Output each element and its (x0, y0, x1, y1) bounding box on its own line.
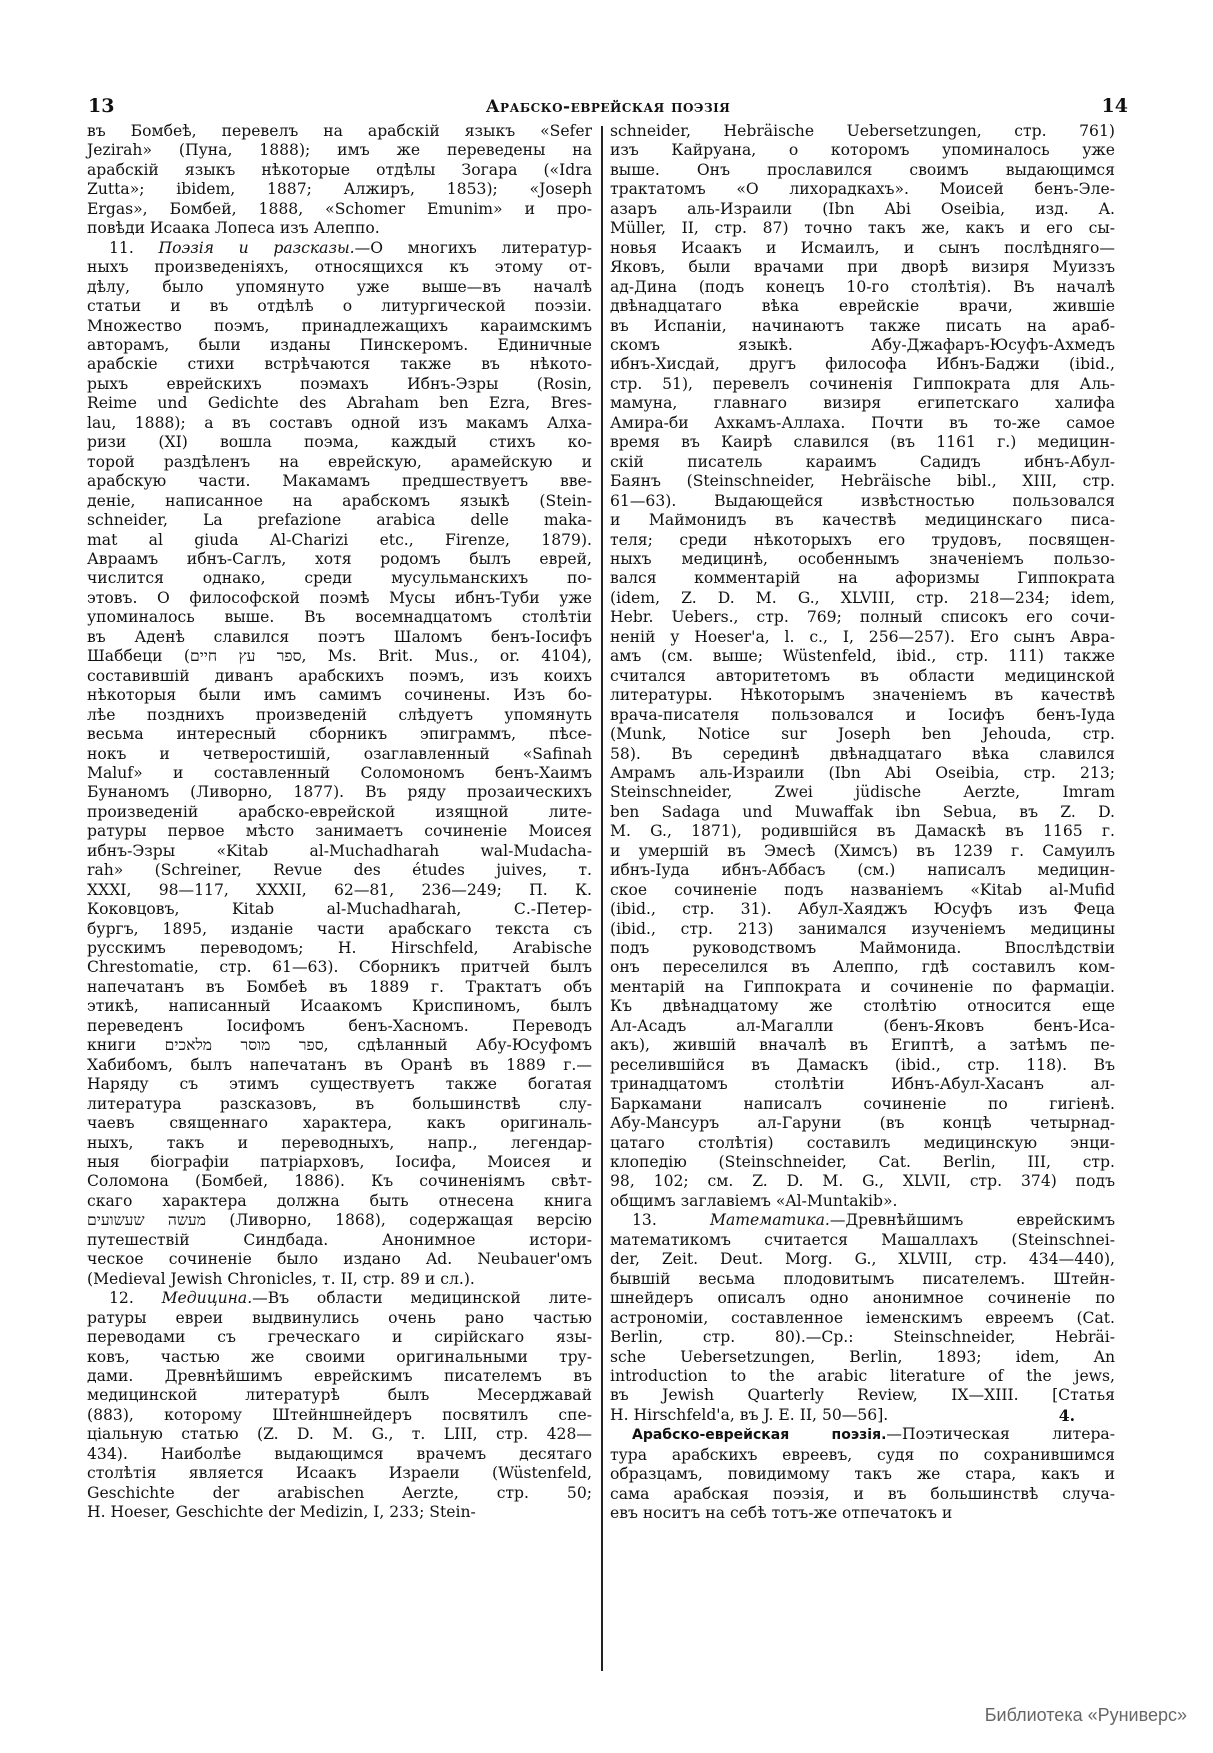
paragraph-continuation: въ Бомбеѣ, перевелъ на арабскій языкъ «S… (87, 122, 592, 239)
text-line: ціальную статью (Z. D. M. G., т. LIII, с… (87, 1425, 592, 1444)
text-line: медицинской литературѣ былъ Месерджавай (87, 1386, 592, 1405)
text-line: выше. Онъ прославился своимъ выдающимся (610, 161, 1115, 180)
entry-arabic-jewish-poetry: Арабско-еврейская поэзія.—Поэтическая ли… (610, 1425, 1115, 1523)
text-line: ныхъ произведеніяхъ, относящихся къ этом… (87, 258, 592, 277)
entry-lead: —Поэтическая литера- (886, 1425, 1115, 1443)
text-line: авторамъ, были изданы Пинскеромъ. Единич… (87, 336, 592, 355)
text-line: Hebr. Uebers., стр. 769; полный списокъ … (610, 608, 1115, 627)
text-line: lau, 1888); а въ составъ одной изъ макам… (87, 414, 592, 433)
text-line: Хабибомъ, былъ напечатанъ въ Оранѣ въ 18… (87, 1056, 592, 1075)
text-line: переводами съ греческаго и сирійскаго яз… (87, 1328, 592, 1347)
text-line: считался авторитетомъ въ области медицин… (610, 667, 1115, 686)
text-line: ben Sadaga und Muwaffak ibn Sebua, въ Z.… (610, 803, 1115, 822)
text-line: 98, 102; см. Z. D. M. G., XLVII, стр. 37… (610, 1172, 1115, 1191)
text-line: Maluf» и составленный Соломономъ бенъ-Ха… (87, 764, 592, 783)
text-line: ризи (XI) вошла поэма, каждый стихъ ко- (87, 433, 592, 452)
text-line: азаръ аль-Израили (Ibn Abi Oseibia, изд.… (610, 200, 1115, 219)
text-line: этикѣ, написанный Исаакомъ Криспиномъ, б… (87, 997, 592, 1016)
text-line: 58). Въ серединѣ двѣнадцатаго вѣка слави… (610, 745, 1115, 764)
text-line: шнейдеръ описалъ одно анонимное сочинені… (610, 1289, 1115, 1308)
text-line: (ibid., стр. 31). Абул-Хаяджъ Юсуфъ изъ … (610, 900, 1115, 919)
text-line: нѣкоторыя были имъ самимъ сочинены. Изъ … (87, 686, 592, 705)
section-11-lead: —О многихъ литератур- (355, 239, 592, 257)
text-line: Berlin, стр. 80).—Ср.: Steinschneider, H… (610, 1328, 1115, 1347)
text-line: H. Hoeser, Geschichte der Medizin, I, 23… (87, 1503, 592, 1522)
text-line: произведеній арабско-еврейской изящной л… (87, 803, 592, 822)
text-line: Ал-Асадъ ал-Магалли (бенъ-Яковъ бенъ-Иса… (610, 1017, 1115, 1036)
page-number-right: 14 (1102, 95, 1128, 117)
text-line: ратуры первое мѣсто занимаетъ сочиненіе … (87, 822, 592, 841)
text-line: (ibid., стр. 213) занимался изученіемъ м… (610, 920, 1115, 939)
text-line: Къ двѣнадцатому же столѣтію относится ещ… (610, 997, 1115, 1016)
text-line: Müller, II, стр. 87) точно такъ же, какъ… (610, 219, 1115, 238)
page-header: 13 Арабско-еврейская поэзія 14 (88, 95, 1128, 119)
text-line: H. Hirschfeld'a, въ J. E. II, 50—56].4. (610, 1406, 1115, 1425)
text-line: общимъ заглавіемъ «Al-Muntakib». (610, 1192, 1115, 1211)
column-divider (601, 126, 603, 1671)
running-title: Арабско-еврейская поэзія (88, 97, 1128, 117)
text-line: Steinschneider, Zwei jüdische Aerzte, Im… (610, 783, 1115, 802)
text-line: въ Испаніи, начинаютъ также писать на ар… (610, 317, 1115, 336)
text-line: ад-Дина (подъ конецъ 10-го столѣтія). Въ… (610, 278, 1115, 297)
section-12-continuation: schneider, Hebräische Uebersetzungen, ст… (610, 122, 1115, 1211)
text-line: Соломона (Бомбей, 1886). Къ сочиненіямъ … (87, 1172, 592, 1191)
text-line: (idem, Z. D. M. G., XLVIII, стр. 218—234… (610, 589, 1115, 608)
text-line: скомъ языкѣ. Абу-Джафаръ-Юсуфъ-Ахмедъ (610, 336, 1115, 355)
text-line: 61—63). Выдающейся извѣстностью пользова… (610, 492, 1115, 511)
library-watermark: Библиотека «Руниверс» (985, 1705, 1187, 1726)
section-11-number: 11. (109, 239, 134, 257)
text-line: арабскіе стихи встрѣчаются также въ нѣко… (87, 355, 592, 374)
text-line: реселившійся въ Дамаскъ (ibid., стр. 118… (610, 1056, 1115, 1075)
text-line: новья Исаакъ и Исмаилъ, и сынъ послѣдняг… (610, 239, 1115, 258)
text-line: числится однако, среди мусульманскихъ по… (87, 569, 592, 588)
text-line: Амрамъ аль-Израили (Ibn Abi Oseibia, стр… (610, 764, 1115, 783)
text-line: математикомъ считается Машаллахъ (Steins… (610, 1231, 1115, 1250)
text-line: Jezirah» (Пуна, 1888); имъ же переведены… (87, 141, 592, 160)
text-line: трактатомъ «О лихорадкахъ». Моисей бенъ-… (610, 180, 1115, 199)
text-line: Коковцовъ, Kitab al-Muchadharah, С.-Пете… (87, 900, 592, 919)
text-line: ибнъ-Іуда ибнъ-Аббасъ (см.) написалъ мед… (610, 861, 1115, 880)
text-line: introduction to the arabic literature of… (610, 1367, 1115, 1386)
text-line: клопедію (Steinschneider, Cat. Berlin, I… (610, 1153, 1115, 1172)
text-line: весьма интересный сборникъ эпиграммъ, пѣ… (87, 725, 592, 744)
text-line: Абу-Мансуръ ал-Гаруни (въ концѣ четырнад… (610, 1114, 1115, 1133)
text-line: Reime und Gedichte des Abraham ben Ezra,… (87, 394, 592, 413)
text-line: тура арабскихъ евреевъ, судя по сохранив… (610, 1446, 1115, 1465)
text-line: напечатанъ въ Бомбеѣ въ 1889 г. Трактатъ… (87, 978, 592, 997)
text-line: образцамъ, повидимому такъ же стара, как… (610, 1465, 1115, 1484)
text-line: ческое сочиненіе было издано Ad. Neubaue… (87, 1250, 592, 1269)
text-line: Chrestomatie, стр. 61—63). Сборникъ прит… (87, 958, 592, 977)
text-line: акъ), жившій вначалѣ въ Египтѣ, а затѣмъ… (610, 1036, 1115, 1055)
text-line: русскимъ переводомъ; H. Hirschfeld, Arab… (87, 939, 592, 958)
text-line: מעשה שעשועים (Ливорно, 1868), содержащая… (87, 1211, 592, 1230)
text-line: (Medieval Jewish Chronicles, т. II, стр.… (87, 1270, 592, 1289)
text-line: ныя біографіи патріарховъ, Іосифа, Моисе… (87, 1153, 592, 1172)
section-12-heading-line: 12. Медицина.—Въ области медицинской лит… (87, 1289, 592, 1308)
text-line: путешествій Синдбада. Анонимное истори- (87, 1231, 592, 1250)
text-line: бывшій весьма плодовитымъ писателемъ. Шт… (610, 1270, 1115, 1289)
text-line: schneider, Hebräische Uebersetzungen, ст… (610, 122, 1115, 141)
text-line: вался комментарій на афоризмы Гиппократа (610, 569, 1115, 588)
section-12-medicine: 12. Медицина.—Въ области медицинской лит… (87, 1289, 592, 1522)
text-line: книги ספר מוסר מלאכים, сдѣланный Абу-Юсу… (87, 1036, 592, 1055)
text-line: скій писатель караимъ Садидъ ибнъ-Абул- (610, 453, 1115, 472)
text-line: неній у Hoeser'a, l. c., I, 256—257). Ег… (610, 628, 1115, 647)
section-13-number: 13. (632, 1211, 657, 1229)
text-line: дами. Древнѣйшимъ еврейскимъ писателемъ … (87, 1367, 592, 1386)
text-line: ибнъ-Эзры «Kitab al-Muchadharah wal-Muda… (87, 842, 592, 861)
text-line: тринадцатомъ столѣтіи Ибнъ-Абул-Хасанъ а… (610, 1075, 1115, 1094)
text-line: астрономіи, составленное іеменскимъ евре… (610, 1309, 1115, 1328)
text-line: теля; среди нѣкоторыхъ его трудовъ, посв… (610, 531, 1115, 550)
text-line: ское сочиненіе подъ названіемъ «Kitab al… (610, 881, 1115, 900)
section-13-mathematics: 13. Математика.—Древнѣйшимъ еврейскимъ м… (610, 1211, 1115, 1425)
text-line: sche Uebersetzungen, Berlin, 1893; idem,… (610, 1348, 1115, 1367)
text-line: (Munk, Notice sur Joseph ben Jehouda, ст… (610, 725, 1115, 744)
text-line: ковъ, частью же своими оригинальными тру… (87, 1348, 592, 1367)
text-line: ибнъ-Хисдай, другъ философа Ибнъ-Баджи (… (610, 355, 1115, 374)
author-signature: 4. (1059, 1406, 1075, 1425)
text-line: рыхъ еврейскихъ поэмахъ Ибнъ-Эзры (Rosin… (87, 375, 592, 394)
text-line: этовъ. О философской поэмѣ Мусы ибнъ-Туб… (87, 589, 592, 608)
text-line: бургъ, 1895, изданіе части арабскаго тек… (87, 920, 592, 939)
text-line: въ Аденѣ славился поэтъ Шаломъ бенъ-Іоси… (87, 628, 592, 647)
text-line: Ergas», Бомбей, 1888, «Schomer Emunim» и… (87, 200, 592, 219)
text-line: Наряду съ этимъ существуетъ также богата… (87, 1075, 592, 1094)
text-line: сама арабская поэзія, и въ большинствѣ с… (610, 1485, 1115, 1504)
text-line: rah» (Schreiner, Revue des études juives… (87, 861, 592, 880)
section-11-poetry: 11. Поэзія и разсказы.—О многихъ литерат… (87, 239, 592, 1289)
text-line: деніе, написанное на арабскомъ языкѣ (St… (87, 492, 592, 511)
text-line: ныхъ медицинѣ, особеннымъ значеніемъ пол… (610, 550, 1115, 569)
text-line: скаго характера должна быть отнесена кни… (87, 1192, 592, 1211)
text-line: стр. 51), перевелъ сочиненія Гиппократа … (610, 375, 1115, 394)
text-line: цатаго столѣтія) составилъ медицинскую э… (610, 1134, 1115, 1153)
text-line: арабскій языкъ нѣкоторые отдѣлы Зогара (… (87, 161, 592, 180)
text-line: дѣлу, было упомянуто уже выше—въ началѣ (87, 278, 592, 297)
text-line: торой раздѣленъ на еврейскую, арамейскую… (87, 453, 592, 472)
text-line: врача-писателя пользовался и Іосифъ бенъ… (610, 706, 1115, 725)
text-line: Бунаномъ (Ливорно, 1877). Въ ряду прозаи… (87, 783, 592, 802)
text-line: мамуна, главнаго визиря египетскаго хали… (610, 394, 1115, 413)
text-line: и Маймонидъ въ качествѣ медицинскаго пис… (610, 511, 1115, 530)
text-line: въ Jewish Quarterly Review, IX—XIII. [Ст… (610, 1386, 1115, 1405)
section-11-title: Поэзія и разсказы. (158, 239, 354, 257)
text-line: mat al giuda Al-Charizi etc., Firenze, 1… (87, 531, 592, 550)
text-line: schneider, La prefazione arabica delle m… (87, 511, 592, 530)
text-line: литература разсказовъ, въ большинствѣ сл… (87, 1095, 592, 1114)
text-line: 434). Наиболѣе выдающимся врачемъ десята… (87, 1445, 592, 1464)
text-line: Яковъ, были врачами при дворѣ визиря Муи… (610, 258, 1115, 277)
section-13-heading-line: 13. Математика.—Древнѣйшимъ еврейскимъ (610, 1211, 1115, 1230)
text-line: въ Бомбеѣ, перевелъ на арабскій языкъ «S… (87, 122, 592, 141)
text-line: M. G., 1871), родившійся въ Дамаскѣ въ 1… (610, 822, 1115, 841)
text-line: Баянъ (Steinschneider, Hebräische bibl.,… (610, 472, 1115, 491)
text-line: ментарій на Гиппократа и сочиненіе по фа… (610, 978, 1115, 997)
right-column: schneider, Hebräische Uebersetzungen, ст… (610, 122, 1115, 1524)
entry-title: Арабско-еврейская поэзія. (632, 1427, 886, 1443)
section-13-lead: —Древнѣйшимъ еврейскимъ (830, 1211, 1115, 1229)
entry-heading-line: Арабско-еврейская поэзія.—Поэтическая ли… (610, 1425, 1115, 1445)
text-line: чаевъ священнаго характера, какъ оригина… (87, 1114, 592, 1133)
text-line: ратуры евреи выдвинулись очень рано част… (87, 1309, 592, 1328)
text-line: онъ переселился въ Алеппо, гдѣ составилъ… (610, 958, 1115, 977)
text-line: лѣе позднихъ произведеній слѣдуетъ упомя… (87, 706, 592, 725)
left-column: въ Бомбеѣ, перевелъ на арабскій языкъ «S… (87, 122, 592, 1523)
text-line: XXXI, 98—117, XXXII, 62—81, 236—249; П. … (87, 881, 592, 900)
section-12-title: Медицина. (162, 1289, 253, 1307)
text-line: евъ носитъ на себѣ тотъ-же отпечатокъ и (610, 1504, 1115, 1523)
text-line: Zutta»; ibidem, 1887; Алжиръ, 1853); «Jo… (87, 180, 592, 199)
text-line: амъ (см. выше; Wüstenfeld, ibid., стр. 1… (610, 647, 1115, 666)
text-line: литературы. Нѣкоторымъ значеніемъ въ кач… (610, 686, 1115, 705)
text-line: Множество поэмъ, принадлежащихъ караимск… (87, 317, 592, 336)
text-line: переведенъ Іосифомъ бенъ-Хасномъ. Перево… (87, 1017, 592, 1036)
section-12-number: 12. (109, 1289, 134, 1307)
text-line: арабскую части. Макамамъ предшествуетъ в… (87, 472, 592, 491)
text-line: Баркамани написалъ сочиненіе по гигіенѣ. (610, 1095, 1115, 1114)
text-line: время въ Каирѣ славился (въ 1161 г.) мед… (610, 433, 1115, 452)
section-11-heading-line: 11. Поэзія и разсказы.—О многихъ литерат… (87, 239, 592, 258)
text-line: столѣтія является Исаакъ Израели (Wüsten… (87, 1464, 592, 1483)
section-12-lead: —Въ области медицинской лите- (252, 1289, 592, 1307)
text-line: двѣнадцатаго вѣка еврейскіе врачи, живші… (610, 297, 1115, 316)
text-line: Авраамъ ибнъ-Саглъ, хотя родомъ былъ евр… (87, 550, 592, 569)
text-line: изъ Кайруана, о которомъ упоминалось уже (610, 141, 1115, 160)
text-line: Шаббеци (ספר עץ חיים, Ms. Brit. Mus., or… (87, 647, 592, 666)
text-line: и умершій въ Эмесѣ (Химсъ) въ 1239 г. Са… (610, 842, 1115, 861)
text-line: ныхъ, такъ и переводныхъ, напр., легенда… (87, 1134, 592, 1153)
text-line: Geschichte der arabischen Aerzte, стр. 5… (87, 1484, 592, 1503)
text-line: Амира-би Ахкамъ-Аллаха. Почти въ то-же с… (610, 414, 1115, 433)
text-line: der, Zeit. Deut. Morg. G., XLVIII, стр. … (610, 1250, 1115, 1269)
text-line: составившій диванъ арабскихъ поэмъ, изъ … (87, 667, 592, 686)
text-line: нокъ и четверостишій, озаглавленный «Saf… (87, 745, 592, 764)
section-13-title: Математика. (710, 1211, 830, 1229)
text-line: статьи и въ отдѣлѣ о литургической поэзі… (87, 297, 592, 316)
text-line: повѣди Исаака Лопеса изъ Алеппо. (87, 219, 592, 238)
text-line: подъ руководствомъ Маймонида. Впослѣдств… (610, 939, 1115, 958)
text-line: упоминалось выше. Въ восемнадцатомъ стол… (87, 608, 592, 627)
text-line: (883), которому Штейншнейдеръ посвятилъ … (87, 1406, 592, 1425)
